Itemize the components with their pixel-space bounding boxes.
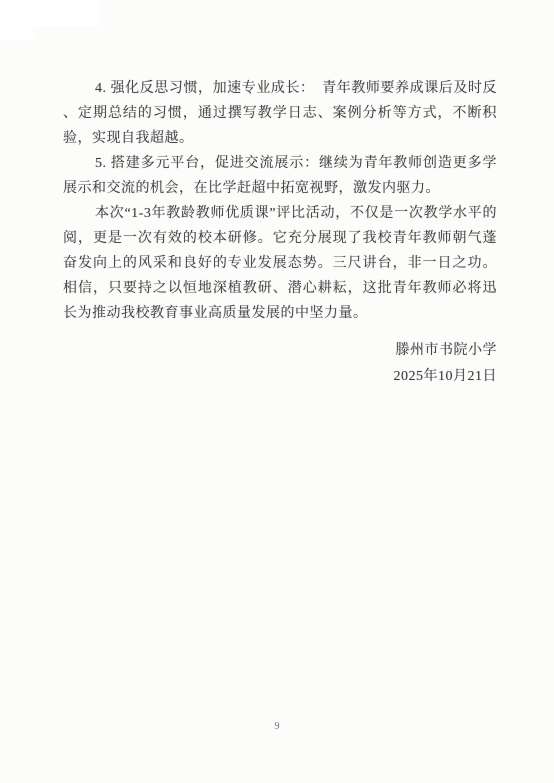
text-line: 5. 搭建多元平台，促进交流展示：继续为青年教师创造更多学习、 xyxy=(63,151,497,176)
text-line: 长为推动我校教育事业高质量发展的中坚力量。 xyxy=(63,301,497,326)
text-line: 阅，更是一次有效的校本研修。它充分展现了我校青年教师朝气蓬勃、 xyxy=(63,226,497,251)
page-number: 9 xyxy=(0,721,554,732)
signature-block: 滕州市书院小学 2025年10月21日 xyxy=(63,338,497,390)
text-line: 4. 强化反思习惯，加速专业成长： 青年教师要养成课后及时反思 xyxy=(63,76,497,101)
paragraph-item-4: 4. 强化反思习惯，加速专业成长： 青年教师要养成课后及时反思 、定期总结的习惯… xyxy=(63,76,497,151)
document-body: 4. 强化反思习惯，加速专业成长： 青年教师要养成课后及时反思 、定期总结的习惯… xyxy=(63,76,497,390)
text-line: 展示和交流的机会，在比学赶超中拓宽视野，激发内驱力。 xyxy=(63,176,497,201)
text-line: 、定期总结的习惯，通过撰写教学日志、案例分析等方式，不断积累经 xyxy=(63,101,497,126)
scan-artifact xyxy=(0,0,100,26)
text-line: 相信，只要持之以恒地深植教研、潜心耕耘，这批青年教师必将迅速成 xyxy=(63,276,497,301)
signature-date: 2025年10月21日 xyxy=(63,364,497,390)
paragraph-closing: 本次“1-3年教龄教师优质课”评比活动，不仅是一次教学水平的检 阅，更是一次有效… xyxy=(63,201,497,326)
text-line: 验，实现自我超越。 xyxy=(63,126,497,151)
paragraph-item-5: 5. 搭建多元平台，促进交流展示：继续为青年教师创造更多学习、 展示和交流的机会… xyxy=(63,151,497,201)
text-line: 奋发向上的风采和良好的专业发展态势。三尺讲台，非一日之功。我们 xyxy=(63,251,497,276)
text-line: 本次“1-3年教龄教师优质课”评比活动，不仅是一次教学水平的检 xyxy=(63,201,497,226)
document-page: 4. 强化反思习惯，加速专业成长： 青年教师要养成课后及时反思 、定期总结的习惯… xyxy=(0,0,554,783)
scan-artifact xyxy=(0,26,34,40)
signature-school: 滕州市书院小学 xyxy=(63,338,497,364)
